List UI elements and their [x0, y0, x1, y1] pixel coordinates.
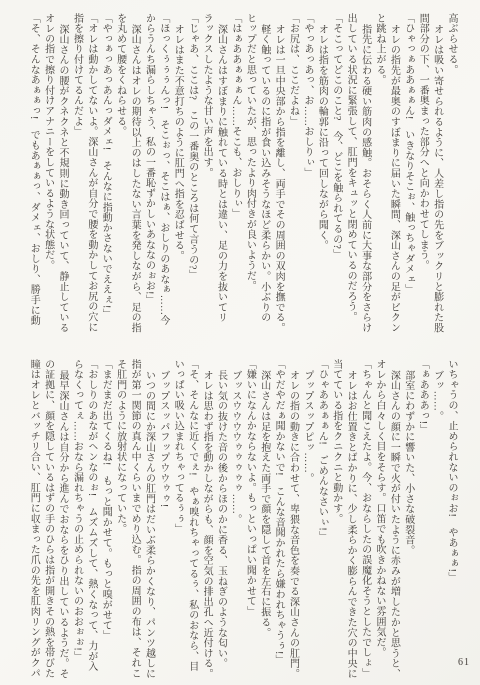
- text-column: 「ひゃっぁああぁぁん! いきなりそこぉ、触っちゃダメェ」: [400, 13, 414, 321]
- text-column: 「やっぁっあっあんっダメェ! そんなに指動かさないでええぇ!」: [98, 13, 112, 321]
- text-column: オレから白々しく目をそらす。口笛でも吹きかねない雰囲気だ。: [372, 359, 386, 667]
- text-column: ブッ……。: [429, 359, 443, 667]
- text-column: 「まだまだ出てくるね! もっと聞かせて。もっと嗅がせて」: [98, 359, 112, 667]
- text-column: そ肛門のように放射状になっていた。: [112, 359, 126, 667]
- text-column: からうんち漏らしちゃう、私の一番恥ずかしいあななのぉお!」: [141, 13, 155, 321]
- text-column: いつの間にか深山さんの肛門はだいぶ柔らかくなり、パンツ越しに: [141, 359, 155, 667]
- text-column: 軽く触っているのに指が食い込みそうなほど柔らかい。小ぶりの: [256, 13, 270, 321]
- text-column: オレはまた不意打ちのように肛門へ指を忍ばせる。: [170, 13, 184, 321]
- text-column: オレは一旦中央部から指を離し、両手でその周囲の双肉を撫でる。: [271, 13, 285, 321]
- text-column: オレの指先が最奥のすぼまりに届いた瞬間、深山さんの足がビクン: [386, 13, 400, 321]
- text-column: 高ぶらせる。: [444, 13, 458, 321]
- text-column: いちゃうの、止められないのぉお! やあぁぁ!」: [444, 359, 458, 667]
- text-column: らなくってぇ……おなら漏れちゃうの止められないのおおぉぉ!」: [69, 359, 83, 667]
- text-column: 「そ、そんなあぁぁっ! でもあぁぁっ、ダメェ、おしり、勝手に動: [26, 13, 40, 321]
- text-column: 指が第一関節の真ん中くらいまでめり込む。指の周囲の布は、それこ: [127, 359, 141, 667]
- text-column: 深山さんの顔に一瞬で火が付いたように赤みが増したかと思うと、: [386, 359, 400, 667]
- upper-text-block: 高ぶらせる。オレは吸い寄せられるように、人差し指の先をブックリと膨れた股間部分の…: [26, 13, 458, 321]
- text-column: を丸めて腰をくねらせる。: [112, 13, 126, 321]
- text-column: 「嫌いになんかならないよ。もっといっぱい聞かせて」: [242, 359, 256, 667]
- text-column: 「やだやだぁ聞かないで! こんな音聞かれたら嫌われちゃうぅ!」: [271, 359, 285, 667]
- text-column: 「おしりのあながヘンなのぉ! ムズムズして、熱くなって、力が入: [83, 359, 97, 667]
- text-column: 深山さんはすぼまりに触れている時とは違い、足の力を抜いてリ: [213, 13, 227, 321]
- text-column: プップスップピッ……。: [300, 359, 314, 667]
- text-column: 当てている指をクニクニと動かす。: [328, 359, 342, 667]
- text-column: 瞳はオレとバッチリ合い、肛門に収まった爪の先を肛肉リングがクパ: [26, 359, 40, 667]
- text-column: 「はぁああぁぁぁん……そこも、おしりぃ」: [228, 13, 242, 321]
- text-column: オレは吸い寄せられるように、人差し指の先をブックリと膨れた股: [429, 13, 443, 321]
- text-column: ヒップだと思っていたが、思ったより肉付きが良いようだ。: [242, 13, 256, 321]
- text-column: ブップスッパフップウウゥゥ!: [155, 359, 169, 667]
- lower-text-block: いちゃうの、止められないのぉお! やあぁぁ!」ブッ……。「ぁあああっ!」部室にわ…: [26, 359, 458, 667]
- text-column: 「ほっくぅぅぅんっ! そこぉっ、そこはぁ、おしりのあなぁ……今: [155, 13, 169, 321]
- text-column: 深山さんの腰がクネクネと不規則に動き回っていて、静止している: [55, 13, 69, 321]
- book-page: 高ぶらせる。オレは吸い寄せられるように、人差し指の先をブックリと膨れた股間部分の…: [0, 0, 480, 685]
- text-column: 部室にわずかに響いた、小さな破裂音。: [400, 359, 414, 667]
- text-column: オレはお仕置きとばかりに、少し柔らかく膨らんできた穴の中央に: [343, 359, 357, 667]
- text-column: 長い気の抜けた音の後からほのかに香る、玉ねぎのような匂い。: [213, 359, 227, 667]
- text-column: 最早深山さんは自分から進んでおならをひり出しているようだ。そ: [55, 359, 69, 667]
- text-column: 「やっあっあっ、お……おしりぃ」: [300, 13, 314, 321]
- text-column: 「ひゃああぁぁん! ごめんなさいぃ!」: [314, 359, 328, 667]
- text-column: 深山さんはオレの期待以上のはしたない言葉を発しながら、足の指: [127, 13, 141, 321]
- text-column: 間部分の下、一番奥まった部分へと向かわせてしまう。: [415, 13, 429, 321]
- text-column: 深山さんは足を抱えた両手で顔を隠して首を左右に振る。: [256, 359, 270, 667]
- text-column: 「そこってどこのこと? 今、どこを触られてるの?」: [328, 13, 342, 321]
- text-column: 指先に伝わる硬い筋肉の感触。おそらく人前に大事な部分をさらけ: [357, 13, 371, 321]
- page-number: 61: [458, 657, 470, 668]
- text-column: オレの指で擦り付けアナニーをしているような状態だ。: [40, 13, 54, 321]
- text-column: 指を擦り付けてるんだよ」: [69, 13, 83, 321]
- text-column: 「じゃあ、ここは? この一番奥のところは何て言うの?」: [184, 13, 198, 321]
- text-column: オレは思わず指を動かしながらも、顔を空気の排出孔へ近付ける。: [199, 359, 213, 667]
- text-column: の証拠に、顔を隠しているはずの手のひらは指が開きその熱を帯びた: [40, 359, 54, 667]
- text-column: 出している状況に緊張して、肛門をキュッと閉めているのだろう。: [343, 13, 357, 321]
- text-column: 「お尻は、ここだよね」: [285, 13, 299, 321]
- text-column: いっぱい吸い込まれちゃってるぅぅ」: [170, 359, 184, 667]
- text-column: 「そ、そんなに近くでぇ! やぁ嗅れちゃってるぅ、私のおなら、目: [184, 359, 198, 667]
- text-column: オレは指を筋肉の輪郭に沿って回しながら聞く。: [314, 13, 328, 321]
- text-column: と跳ね上がる。: [372, 13, 386, 321]
- text-column: 「オレは動かしてないよ。深山さんが自分で腰を動かしてお尻の穴に: [83, 13, 97, 321]
- text-column: ブッスウウウウゥゥゥゥゥ……。: [228, 359, 242, 667]
- text-column: 「ちゃんと聞こえたよ。今、おならしたの誤魔化そうとしたでしょ」: [357, 359, 371, 667]
- text-column: オレの指の動きに合わせて、卑猥な音色を奏でる深山さんの肛門。: [285, 359, 299, 667]
- text-column: 「ぁあああっ!」: [415, 359, 429, 667]
- text-column: ラックスしたような甘い声を出す。: [199, 13, 213, 321]
